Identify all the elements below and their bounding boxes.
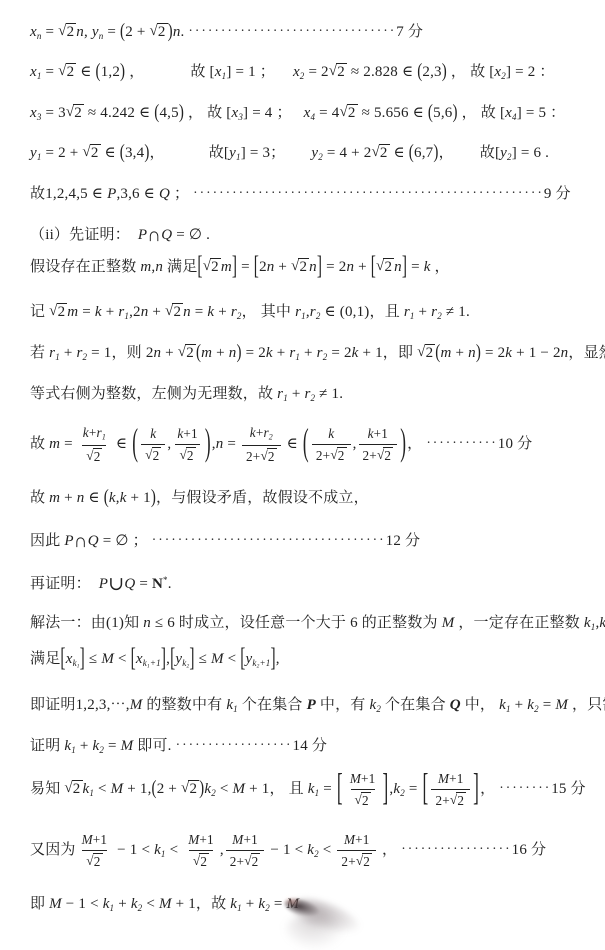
tx-token: +	[452, 345, 469, 361]
tx-token: ，	[150, 145, 165, 161]
num-token: M+1	[434, 770, 468, 789]
tx-token: +	[76, 738, 93, 754]
tx-token: 个在集合	[238, 697, 307, 713]
rb-token: 2	[72, 780, 83, 797]
it-token: x	[505, 105, 512, 121]
formula-line-15: 解法一：由(1)知 n ≤ 6 时成立，设任意一个大于 6 的正整数为 M ，一…	[30, 612, 605, 638]
tx-token: 假设存在正整数	[30, 259, 140, 275]
tx-token: 证明	[30, 738, 64, 754]
formula-line-11: 故 m = k+r1√2 ∈ (k√2,k+1√2),n = k+r22+√2 …	[30, 424, 532, 465]
sub-token: k2+1	[252, 658, 270, 668]
op-token: ∩	[74, 531, 88, 552]
br-token: (	[120, 144, 125, 164]
rs-token: √	[165, 300, 173, 322]
tx-token: +1	[243, 832, 257, 847]
it-token: n	[468, 345, 476, 361]
tx-token: 中，有	[316, 697, 370, 713]
rs-token: √	[58, 60, 66, 82]
formula-line-18: 证明 k1 + k2 = M 即可. ··················14 …	[30, 734, 327, 761]
tx-token: 4,5	[159, 105, 178, 121]
tx-token: <	[224, 651, 241, 667]
den-token: 2+√2	[242, 445, 281, 465]
rad-token: √2	[58, 24, 76, 40]
rad-token: √2	[329, 64, 347, 80]
tx-token: +	[60, 345, 77, 361]
tx-token: 12 分	[386, 533, 421, 549]
tx-token: ∈	[390, 145, 409, 161]
op-token: ∩	[147, 225, 161, 246]
tx-token: ∈	[84, 490, 103, 506]
tx-token: 6,7	[414, 145, 433, 161]
formula-line-10: 等式右侧为整数，左侧为无理数，故 r1 + r2 ≠ 1.	[30, 383, 343, 409]
num-token: M+1	[340, 831, 374, 850]
tx-token: = 2	[481, 345, 505, 361]
tx-token: +	[288, 386, 305, 402]
br-token: [	[131, 645, 136, 671]
br-token: [	[170, 645, 175, 671]
tx-token: 即可.	[133, 738, 175, 754]
it-token: m	[49, 436, 60, 452]
dots-token: ········	[499, 780, 551, 795]
tx-token: + 1，即	[359, 345, 418, 361]
num-token: k	[146, 425, 160, 444]
rad-token: √2	[149, 24, 167, 40]
rad-token: √2	[260, 449, 276, 464]
br-token: )	[400, 424, 406, 462]
sub-token: 1	[102, 433, 106, 442]
tx-token: + 1	[127, 490, 151, 506]
num-token: k+1	[364, 425, 393, 444]
formula-line-13: 因此 P∩Q = ∅ ； ···························…	[30, 529, 420, 552]
num-token: M+1	[228, 831, 262, 850]
den-token: √2	[82, 850, 106, 870]
tx-token: 14 分	[293, 738, 328, 754]
rs-token: √	[149, 20, 157, 42]
tx-token: ,	[276, 651, 280, 667]
num-token: k+r2	[246, 424, 277, 445]
frac-token: k2+√2	[312, 425, 351, 464]
tx-token: ， 其中	[242, 304, 296, 320]
it-token: x	[30, 105, 37, 121]
tx-token: − 1 <	[266, 842, 307, 858]
op-token: ∪	[108, 574, 124, 595]
rad-token: √2	[165, 304, 183, 320]
br-token: (	[95, 63, 100, 83]
den-token: 2+√2	[359, 444, 398, 464]
tx-token: ≈ 2.828 ∈	[347, 64, 417, 80]
it-token: n	[173, 24, 181, 40]
tx-token: − 1 <	[113, 842, 154, 858]
it-token: n	[183, 304, 191, 320]
rs-token: √	[376, 255, 384, 277]
br-token: ]	[189, 645, 194, 671]
num-token: k+r1	[79, 424, 110, 445]
rad-token: √2	[376, 259, 394, 275]
dots-token: ········································…	[193, 185, 544, 200]
rs-token: √	[58, 20, 66, 42]
tx-token: +	[102, 304, 119, 320]
sub-token: k2	[182, 658, 189, 668]
tx-token: 2	[259, 259, 267, 275]
tx-token: 满足	[30, 651, 60, 667]
tx-token: 中，	[461, 697, 499, 713]
tx-token: ,	[84, 24, 92, 40]
rs-token: √	[450, 791, 457, 808]
rad-token: √2	[86, 449, 102, 464]
br-token: (	[303, 424, 309, 462]
den-token: √2	[189, 850, 213, 870]
formula-line-9: 若 r1 + r2 = 1，则 2n + √2(m + n) = 2k + r1…	[30, 342, 605, 368]
tx-token: （ii）先证明：	[30, 227, 138, 243]
it-token: M	[232, 781, 245, 797]
it-token: y	[30, 145, 37, 161]
it-token: P	[99, 576, 108, 592]
rad-token: √2	[291, 259, 309, 275]
bi-token: Q	[450, 697, 461, 713]
rad-token: √2	[86, 854, 102, 869]
formula-line-3: x3 = 3√2 ≈ 4.242 ∈ (4,5) ， 故 [x3] = 4 ；x…	[30, 102, 565, 128]
tx-token: +	[511, 697, 528, 713]
it-token: k	[308, 781, 315, 797]
it-token: x	[136, 651, 143, 667]
tx-token: = 2	[242, 345, 266, 361]
rs-token: √	[181, 777, 189, 799]
formula-line-19: 易知 √2k1 < M + 1,(2 + √2)k2 < M + 1， 且 k1…	[30, 770, 586, 809]
tx-token: 若	[30, 345, 49, 361]
den-token: √2	[82, 445, 106, 465]
tx-token: =	[319, 781, 336, 797]
br-token: )	[433, 144, 438, 164]
rb-token: 2	[347, 104, 358, 121]
rad-token: √2	[193, 854, 209, 869]
tx-token: <	[216, 781, 233, 797]
it-token: M	[211, 651, 224, 667]
tx-token: ,	[353, 436, 357, 452]
formula-line-2: x1 = √2 ∈ (1,2) ，故 [x1] = 1 ；x2 = 2√2 ≈ …	[30, 61, 555, 87]
tx-token: 5,6	[433, 105, 452, 121]
rad-token: √2	[181, 781, 199, 797]
it-token: x	[293, 64, 300, 80]
tx-token: +	[300, 345, 317, 361]
tx-token: +1	[199, 832, 213, 847]
tx-token: ，	[480, 781, 499, 797]
rb-token: 2	[267, 448, 277, 464]
tx-token: 故 [	[190, 64, 214, 80]
rb-token: 2	[57, 303, 68, 320]
tx-token: ,2	[129, 304, 141, 320]
document-page: xn = √2n, yn = (2 + √2)n. ··············…	[0, 0, 605, 950]
it-token: k	[95, 304, 102, 320]
tx-token: +	[242, 896, 259, 912]
tx-token: 个在集合	[381, 697, 450, 713]
tx-token: 3,4	[125, 145, 144, 161]
rs-token: √	[86, 447, 93, 464]
num-token: M+1	[184, 831, 218, 850]
tx-token: =	[103, 24, 120, 40]
tx-token: ∈	[283, 436, 302, 452]
tx-token: ，	[407, 436, 426, 452]
rb-token: 2	[66, 23, 77, 40]
rb-token: 2	[425, 344, 436, 361]
tx-token: ∈	[76, 64, 95, 80]
rb-token: 2	[152, 447, 162, 463]
tx-token: =	[407, 259, 424, 275]
tx-token: ,	[167, 436, 171, 452]
formula-line-21: 即 M − 1 < k1 + k2 < M + 1，故 k1 + k2 = M	[30, 893, 299, 919]
tx-token: = 2	[305, 64, 329, 80]
br-token: )	[199, 780, 204, 800]
tx-token: ,	[220, 842, 224, 858]
rad-token: √2	[355, 793, 371, 808]
tx-token: 2,3	[422, 64, 441, 80]
rb-token: 2	[298, 258, 309, 275]
it-token: y	[92, 24, 99, 40]
it-token: n	[155, 259, 163, 275]
it-token: M	[555, 697, 568, 713]
br-token: (	[428, 104, 433, 124]
br-token: [	[240, 645, 245, 671]
tx-token: ] = 2 ：	[506, 64, 555, 80]
tx-token: +	[354, 259, 371, 275]
rad-token: √2	[450, 793, 466, 808]
tx-token: 故1,2,4,5 ∈	[30, 186, 107, 202]
rs-token: √	[371, 141, 379, 163]
formula-line-20: 又因为M+1√2 − 1 < k1 < M+1√2,M+12+√2 − 1 < …	[30, 831, 546, 870]
rb-token: 2	[186, 447, 196, 463]
tx-token: ,3,6 ∈	[116, 186, 159, 202]
rb-token: 2	[157, 23, 168, 40]
formula-line-5: 故1,2,4,5 ∈ P,3,6 ∈ Q ； ·················…	[30, 182, 571, 205]
rs-token: √	[377, 446, 384, 463]
it-token: M	[442, 615, 455, 631]
it-token: k	[328, 426, 334, 441]
rb-token: 2	[337, 447, 347, 463]
rb-token: 2	[456, 792, 466, 808]
it-token: n	[346, 259, 354, 275]
rad-token: √2	[377, 448, 393, 463]
it-token: P	[64, 533, 73, 549]
rs-token: √	[145, 446, 152, 463]
tx-token: +1	[361, 771, 375, 786]
rs-token: √	[291, 255, 299, 277]
it-token: P	[138, 227, 147, 243]
tx-token: =	[223, 436, 240, 452]
tx-token: ≠ 1.	[315, 386, 343, 402]
it-token: M	[188, 832, 199, 847]
tx-token: ≤	[195, 651, 211, 667]
rb-token: 2	[90, 144, 101, 161]
br-token: ]	[473, 769, 479, 807]
tx-token: 2+	[341, 854, 355, 869]
it-token: k	[109, 490, 116, 506]
tx-token: 7 分	[396, 24, 423, 40]
it-token: Q	[88, 533, 99, 549]
it-token: k	[424, 259, 431, 275]
frac-token: k+r22+√2	[242, 424, 281, 465]
tx-token: +1	[355, 832, 369, 847]
rb-token: 2	[93, 448, 103, 464]
tx-token: = ∅ .	[172, 227, 210, 243]
tx-token: 的整数中有	[142, 697, 226, 713]
rad-token: √2	[58, 64, 76, 80]
br-token: ]	[80, 645, 85, 671]
tx-token: ≈ 5.656 ∈	[358, 105, 428, 121]
tx-token: =	[42, 64, 59, 80]
tx-token: ≤ 6 时成立，设任意一个大于 6 的正整数为	[151, 615, 442, 631]
rs-token: √	[356, 852, 363, 869]
tx-token: ；	[170, 186, 193, 202]
tx-token: =	[104, 738, 121, 754]
br-token: )	[236, 344, 241, 364]
rad-token: √2	[330, 448, 346, 463]
tx-token: ， 故 [	[458, 105, 505, 121]
tx-token: =	[42, 24, 59, 40]
tx-token: +1	[150, 658, 161, 668]
tx-token: = ∅ ；	[99, 533, 152, 549]
tx-token: = 2	[327, 345, 351, 361]
tx-token: 2 +	[157, 781, 181, 797]
tx-token: <	[166, 842, 183, 858]
frac-token: k√2	[141, 425, 165, 464]
tx-token: 15 分	[551, 781, 586, 797]
tx-token: =	[237, 259, 254, 275]
br-token: (	[152, 780, 157, 800]
tx-token: = 1，则 2	[87, 345, 153, 361]
tx-token: 因此	[30, 533, 64, 549]
rs-token: √	[417, 341, 425, 363]
num-token: M+1	[346, 770, 380, 789]
den-token: 2+√2	[312, 444, 351, 464]
rb-token: 2	[251, 853, 261, 869]
dots-token: ···········	[426, 435, 497, 450]
tx-token: +1	[93, 832, 107, 847]
rb-token: 2	[185, 344, 196, 361]
bi-token: P	[307, 697, 316, 713]
tx-token: <	[114, 651, 131, 667]
rad-token: √2	[64, 781, 82, 797]
br-token: (	[132, 424, 138, 462]
tx-token: + 1 − 2	[512, 345, 561, 361]
dots-token: ····································	[152, 532, 386, 547]
tx-token: +	[161, 345, 178, 361]
rad-token: √2	[145, 448, 161, 463]
rad-token: √2	[203, 259, 221, 275]
tx-token: =	[135, 576, 152, 592]
tx-token: =	[60, 436, 77, 452]
it-token: k	[266, 345, 273, 361]
tx-token: ，	[439, 145, 454, 161]
tx-token: 易知	[30, 781, 64, 797]
tx-token: ] = 4 ；	[243, 105, 292, 121]
den-token: 2+√2	[337, 850, 376, 870]
tx-token: <	[142, 896, 159, 912]
br-token: ]	[317, 253, 322, 279]
br-token: ]	[161, 645, 166, 671]
tx-token: 故	[30, 490, 49, 506]
tx-token: +1	[449, 771, 463, 786]
tx-token: 2+	[435, 793, 449, 808]
frac-token: k+r1√2	[79, 424, 110, 465]
br-token: )	[179, 104, 184, 124]
tx-token: ， 故 [	[447, 64, 494, 80]
it-token: m	[67, 304, 78, 320]
tx-token: +	[212, 345, 229, 361]
it-token: k	[599, 615, 605, 631]
den-token: √2	[351, 789, 375, 809]
frac-token: M+1√2	[78, 831, 112, 870]
tx-token: ≠ 1.	[442, 304, 470, 320]
br-token: )	[120, 63, 125, 83]
tx-token: 等式右侧为整数，左侧为无理数，故	[30, 386, 277, 402]
it-token: k	[103, 896, 110, 912]
it-token: M	[49, 896, 62, 912]
num-token: k	[324, 425, 338, 444]
tx-token: =	[270, 896, 287, 912]
tx-token: 9 分	[544, 186, 571, 202]
tx-token: ，显然	[568, 345, 605, 361]
br-token: )	[205, 424, 211, 462]
br-token: (	[409, 144, 414, 164]
rad-token: √2	[371, 145, 389, 161]
br-token: (	[417, 63, 422, 83]
tx-token: 2+	[363, 448, 377, 463]
num-token: k+1	[173, 425, 202, 444]
it-token: n	[76, 24, 84, 40]
sub-token: k1	[73, 658, 80, 668]
rad-token: √2	[244, 854, 260, 869]
sub-token: 2	[269, 433, 273, 442]
br-token: )	[476, 344, 481, 364]
tx-token: ，	[431, 259, 450, 275]
dots-token: ··················	[176, 737, 293, 752]
it-token: n	[229, 345, 237, 361]
rs-token: √	[330, 446, 337, 463]
tx-token: 2+	[246, 449, 260, 464]
br-token: [	[254, 253, 259, 279]
tx-token: ∈	[112, 436, 131, 452]
bd-token: N	[152, 576, 163, 592]
tx-token: ∈ (0,1)，且	[321, 304, 404, 320]
tx-token: − 1 <	[62, 896, 103, 912]
tx-token: =	[405, 781, 422, 797]
it-token: n	[309, 259, 317, 275]
tx-token: ，	[378, 842, 401, 858]
rad-token: √2	[82, 145, 100, 161]
it-token: M	[438, 771, 449, 786]
rb-token: 2	[383, 258, 394, 275]
it-token: m	[140, 259, 151, 275]
tx-token: +	[148, 304, 165, 320]
tx-token: 记	[30, 304, 49, 320]
it-token: y	[500, 145, 507, 161]
tx-token: +	[415, 304, 432, 320]
rs-token: √	[329, 60, 337, 82]
it-token: k	[352, 345, 359, 361]
formula-line-14: 再证明： P∪Q = N*.	[30, 569, 172, 595]
br-token: ]	[402, 253, 407, 279]
frac-token: M+1√2	[346, 770, 380, 809]
tx-token: ∈	[101, 145, 120, 161]
tx-token: 2+	[230, 854, 244, 869]
den-token: 2+√2	[226, 850, 265, 870]
tx-token: 故[	[480, 145, 500, 161]
it-token: x	[30, 64, 37, 80]
tx-token: 2+	[316, 448, 330, 463]
rs-token: √	[86, 852, 93, 869]
br-token: ]	[271, 645, 276, 671]
formula-line-4: y1 = 2 + √2 ∈ (3,4)，故[y1] = 3；y2 = 4 + 2…	[30, 142, 549, 168]
rs-token: √	[203, 255, 211, 277]
